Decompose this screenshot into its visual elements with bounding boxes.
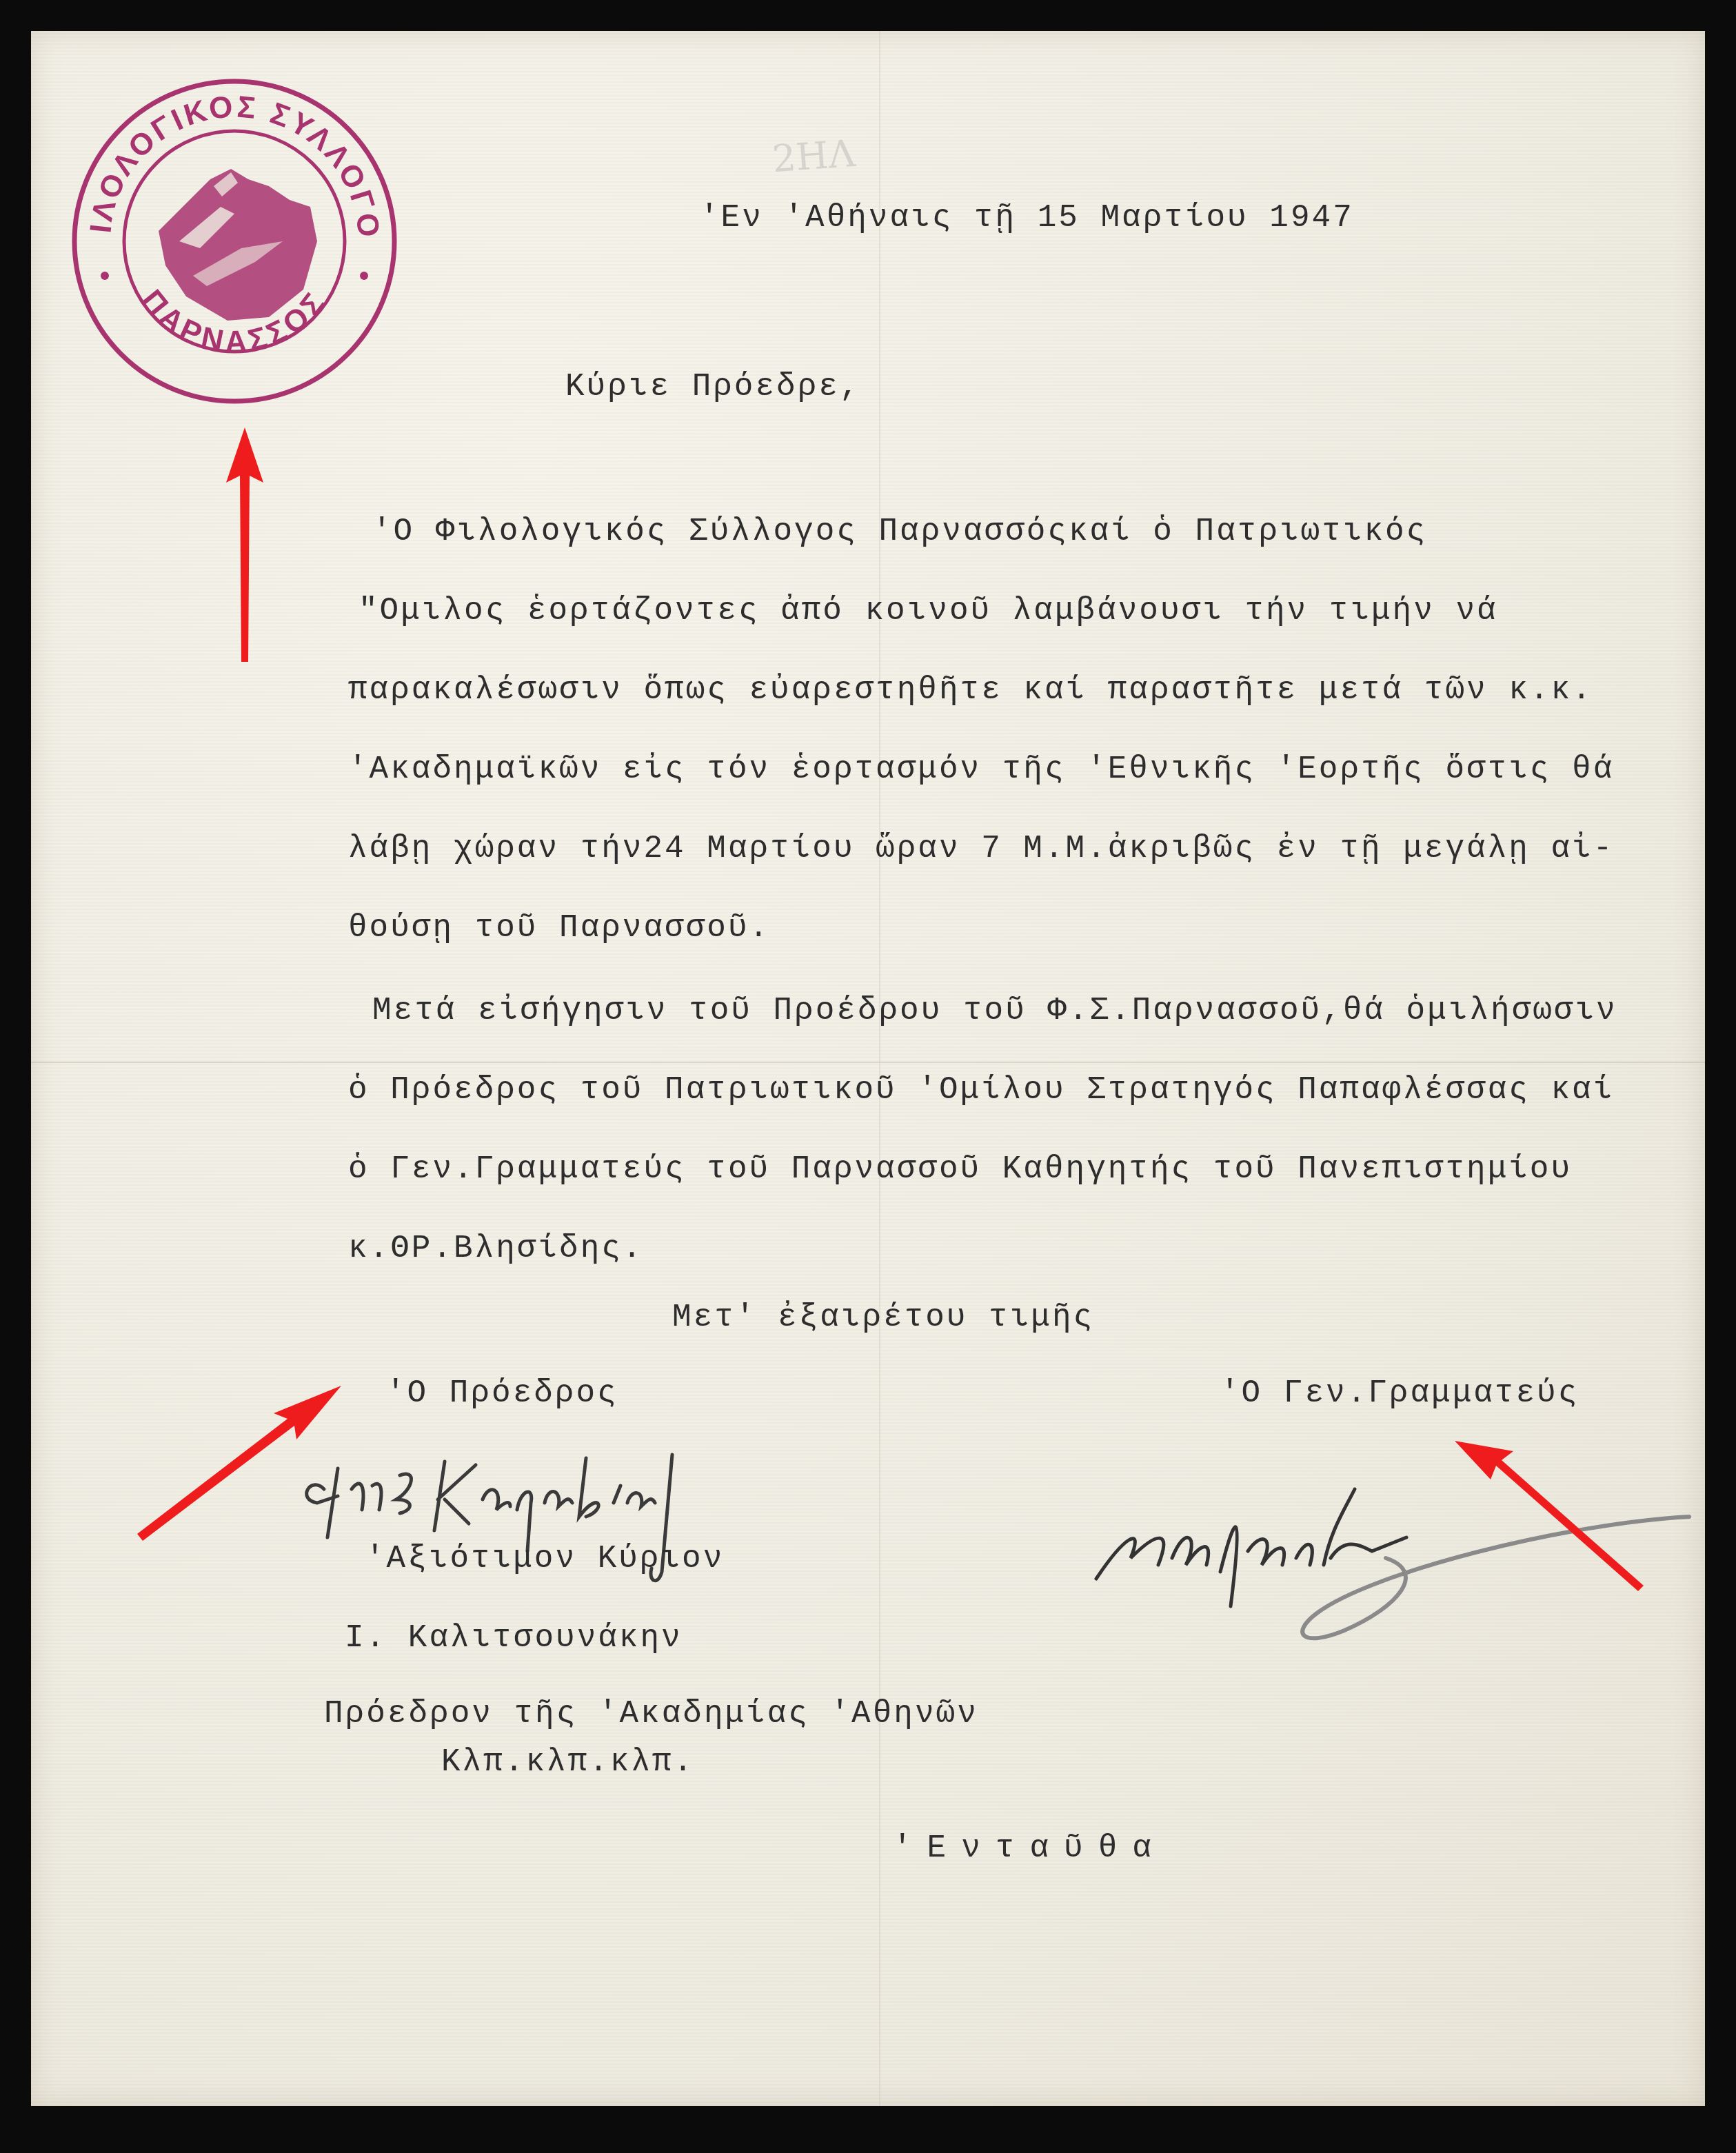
location-line: 'Ενταῦθα <box>893 1830 1167 1866</box>
arrow-up-left-icon <box>1448 1434 1648 1593</box>
closing-line: Μετ' ἐξαιρέτου τιμῆς <box>672 1300 1094 1335</box>
paragraph-2-line-3: ὁ Γεν.Γραμματεύς τοῦ Παρνασσοῦ Καθηγητής… <box>348 1151 1572 1187</box>
paragraph-1-line-1: 'Ο Φιλολογικός Σύλλογος Παρνασσόςκαί ὁ Π… <box>372 514 1427 549</box>
paragraph-2-line-2: ὁ Πρόεδρος τοῦ Πατριωτικοῦ 'Ομίλου Στρατ… <box>348 1072 1614 1108</box>
addressee-title: Πρόεδρον τῆς 'Ακαδημίας 'Αθηνῶν <box>324 1696 978 1732</box>
addressee-line-1: 'Αξιότιμον Κύριον <box>365 1541 724 1577</box>
paragraph-1-line-5: λάβῃ χώραν τήν24 Μαρτίου ὥραν 7 Μ.Μ.ἀκρι… <box>348 831 1614 867</box>
fold-line-vertical <box>879 31 880 2106</box>
paragraph-1-line-6: θούσῃ τοῦ Παρνασσοῦ. <box>348 910 770 946</box>
arrow-up-right-icon <box>134 1379 355 1544</box>
fold-line-horizontal <box>31 1062 1705 1063</box>
paragraph-1-line-4: 'Ακαδημαϊκῶν εἰς τόν ἑορτασμόν τῆς 'Εθνι… <box>348 751 1614 787</box>
date-line: 'Εν 'Αθήναις τῇ 15 Μαρτίου 1947 <box>700 200 1354 236</box>
paragraph-1-line-3: παρακαλέσωσιν ὅπως εὐαρεστηθῆτε καί παρα… <box>348 672 1593 708</box>
addressee-etc: Κλπ.κλπ.κλπ. <box>441 1744 694 1780</box>
paragraph-1-line-2: "Ομιλος ἑορτάζοντες ἀπό κοινοῦ λαμβάνουσ… <box>359 593 1498 629</box>
mountain-emblem-icon: ΦΙΛΟΛΟΓΙΚΟΣ ΣΥΛΛΟΓΟΣ ΠΑΡΝΑΣΣΟΣ <box>62 69 407 414</box>
president-title: 'Ο Πρόεδρος <box>386 1375 618 1411</box>
arrow-up-icon <box>221 427 269 662</box>
addressee-name: Ι. Καλιτσουνάκην <box>345 1620 683 1656</box>
secretary-title: 'Ο Γεν.Γραμματεύς <box>1220 1375 1579 1411</box>
faint-pencil-mark: 2ΗΛ <box>771 132 857 181</box>
secretary-signature-text: Βλησίδης <box>1082 1462 1136 1465</box>
paragraph-2-line-1: Μετά εἰσήγησιν τοῦ Προέδρου τοῦ Φ.Σ.Παρν… <box>372 993 1617 1029</box>
salutation: Κύριε Πρόεδρε, <box>565 369 860 405</box>
society-stamp: ΦΙΛΟΛΟΓΙΚΟΣ ΣΥΛΛΟΓΟΣ ΠΑΡΝΑΣΣΟΣ <box>62 69 407 414</box>
paragraph-2-line-4: κ.ΘΡ.Βλησίδης. <box>348 1231 643 1266</box>
